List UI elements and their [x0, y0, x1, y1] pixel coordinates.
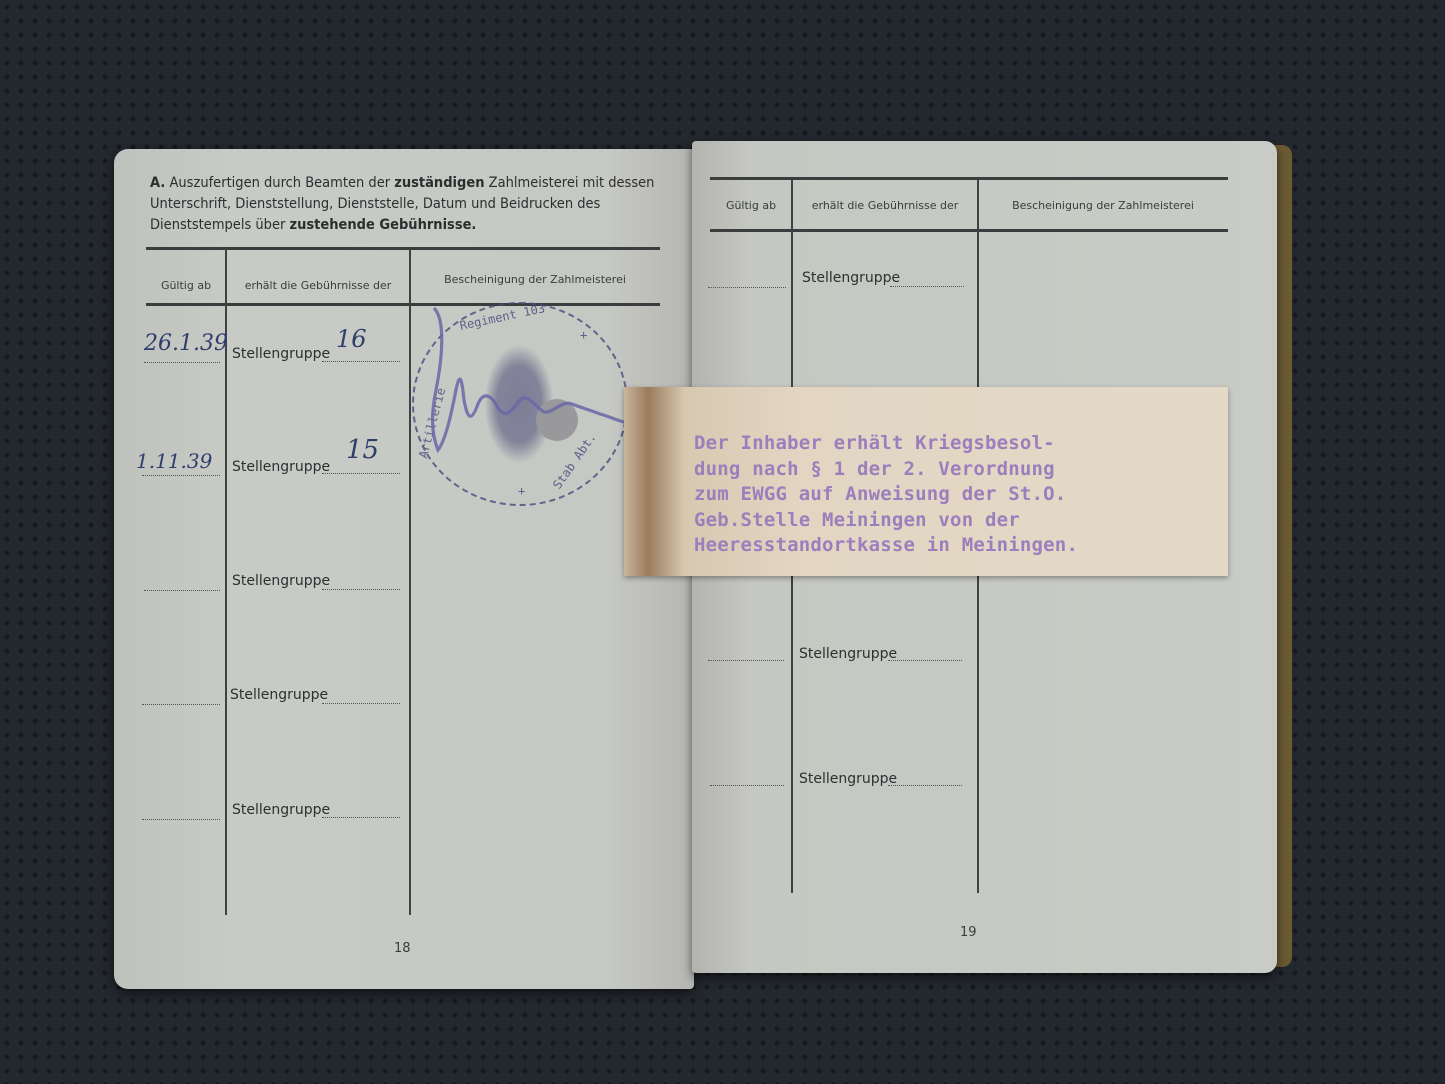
valid-from-date[interactable]: 1.11.39 [136, 449, 212, 473]
slip-text: Der Inhaber erhält Kriegsbesol-dung nach… [694, 431, 1078, 559]
signature [412, 300, 632, 500]
left-page: A. Auszufertigen durch Beamten der zustä… [114, 149, 694, 989]
column-divider-2 [409, 249, 411, 915]
page-number-left: 18 [394, 941, 411, 956]
slip-line: zum EWGG auf Anweisung der St.O. [694, 482, 1078, 508]
slip-line: Der Inhaber erhält Kriegsbesol- [694, 431, 1078, 457]
stellengruppe-label: Stellengruppe [232, 459, 330, 475]
column-header-valid-from: Gültig ab [710, 199, 792, 212]
header-top-rule [146, 247, 660, 250]
slip-line: Geb.Stelle Meiningen von der [694, 508, 1078, 534]
column-header-certification: Bescheinigung der Zahlmeisterei [410, 273, 660, 286]
stellengruppe-value[interactable]: 15 [346, 435, 379, 465]
column-header-certification: Bescheinigung der Zahlmeisterei [978, 199, 1228, 212]
valid-from-date[interactable]: 26.1.39 [144, 331, 228, 356]
column-header-valid-from: Gültig ab [146, 279, 226, 292]
stellengruppe-label: Stellengruppe [799, 771, 897, 787]
section-marker: A. [150, 175, 165, 191]
page-number-right: 19 [960, 925, 977, 940]
stellengruppe-label: Stellengruppe [232, 346, 330, 362]
typed-paper-slip: Der Inhaber erhält Kriegsbesol-dung nach… [624, 387, 1228, 576]
intro-instructions: A. Auszufertigen durch Beamten der zustä… [150, 173, 660, 236]
stellengruppe-label: Stellengruppe [230, 687, 328, 703]
stellengruppe-label: Stellengruppe [232, 573, 330, 589]
header-bottom-rule [710, 229, 1228, 232]
stellengruppe-label: Stellengruppe [802, 270, 900, 286]
stellengruppe-label: Stellengruppe [232, 802, 330, 818]
column-header-receives-fees: erhält die Gebührnisse der [226, 279, 410, 292]
stellengruppe-label: Stellengruppe [799, 646, 897, 662]
column-header-receives-fees: erhält die Gebührnisse der [792, 199, 978, 212]
stellengruppe-value[interactable]: 16 [336, 325, 367, 353]
slip-line: Heeresstandortkasse in Meiningen. [694, 533, 1078, 559]
header-top-rule [710, 177, 1228, 180]
slip-line: dung nach § 1 der 2. Verordnung [694, 457, 1078, 483]
